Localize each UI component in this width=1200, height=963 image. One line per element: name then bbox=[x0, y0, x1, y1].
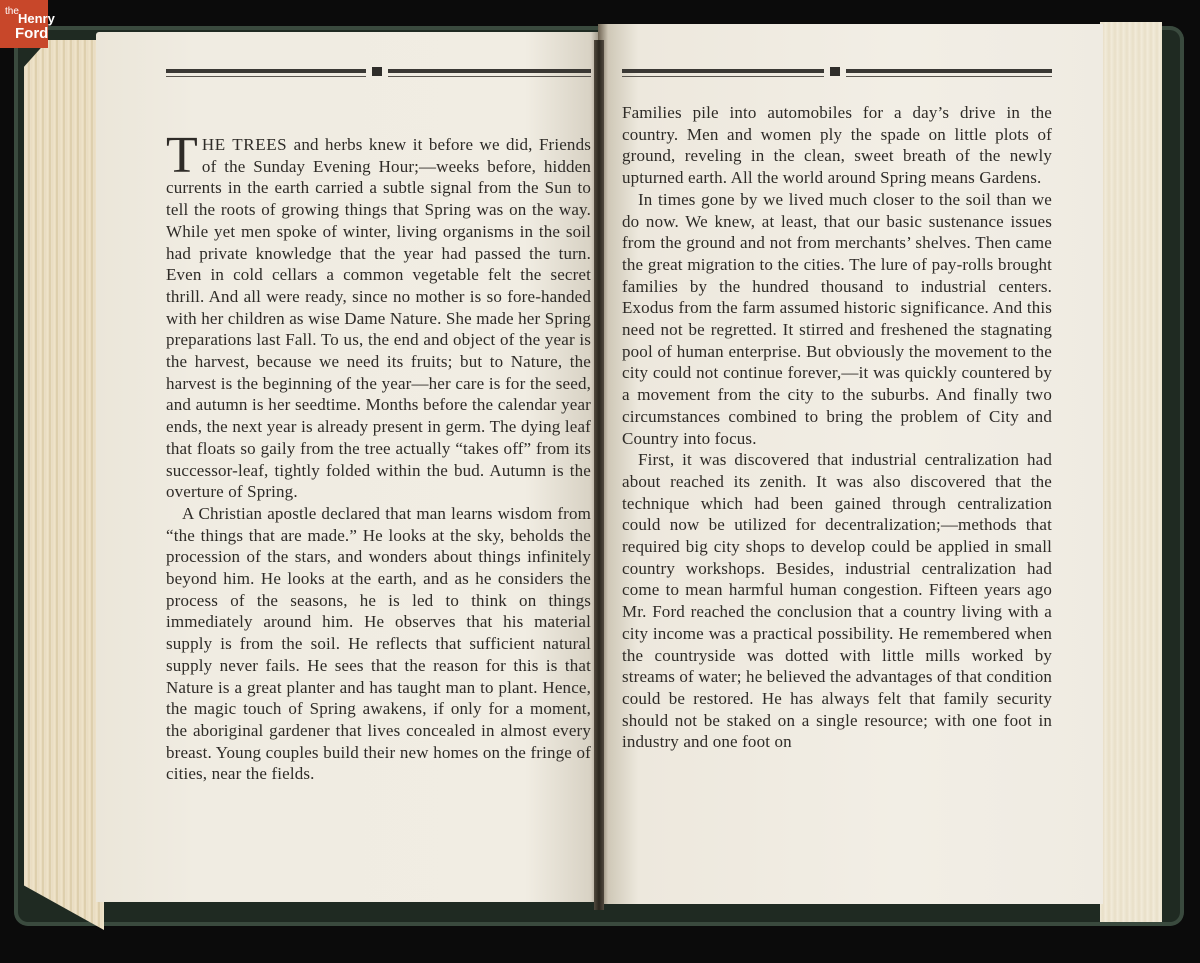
right-page: Families pile into automobiles for a day… bbox=[598, 24, 1103, 904]
book-gutter bbox=[594, 40, 604, 910]
paragraph: A Christian apostle declared that man le… bbox=[166, 503, 591, 785]
left-page: THE TREES and herbs knew it before we di… bbox=[96, 32, 601, 902]
paragraph: First, it was discovered that industrial… bbox=[622, 449, 1052, 753]
left-page-text: THE TREES and herbs knew it before we di… bbox=[166, 134, 591, 785]
page-edges-right bbox=[1100, 22, 1162, 922]
ornament-square-icon bbox=[830, 67, 840, 76]
header-rule-ornament bbox=[166, 66, 591, 80]
header-rule-ornament bbox=[622, 66, 1052, 80]
lead-caps: HE TREES bbox=[202, 135, 287, 154]
paragraph: In times gone by we lived much closer to… bbox=[622, 189, 1052, 449]
page-edges-left bbox=[24, 40, 104, 930]
right-page-text: Families pile into automobiles for a day… bbox=[622, 102, 1052, 753]
paragraph-text: and herbs knew it before we did, Friends… bbox=[166, 135, 591, 501]
drop-cap: T bbox=[166, 136, 198, 176]
logo-text-ford: Ford bbox=[15, 26, 48, 41]
henry-ford-logo: the Henry Ford bbox=[0, 0, 48, 48]
logo-text-the: the bbox=[5, 7, 19, 17]
logo-text-henry: Henry bbox=[18, 12, 55, 25]
paragraph: THE TREES and herbs knew it before we di… bbox=[166, 134, 591, 503]
paragraph: Families pile into automobiles for a day… bbox=[622, 102, 1052, 189]
ornament-square-icon bbox=[372, 67, 382, 76]
